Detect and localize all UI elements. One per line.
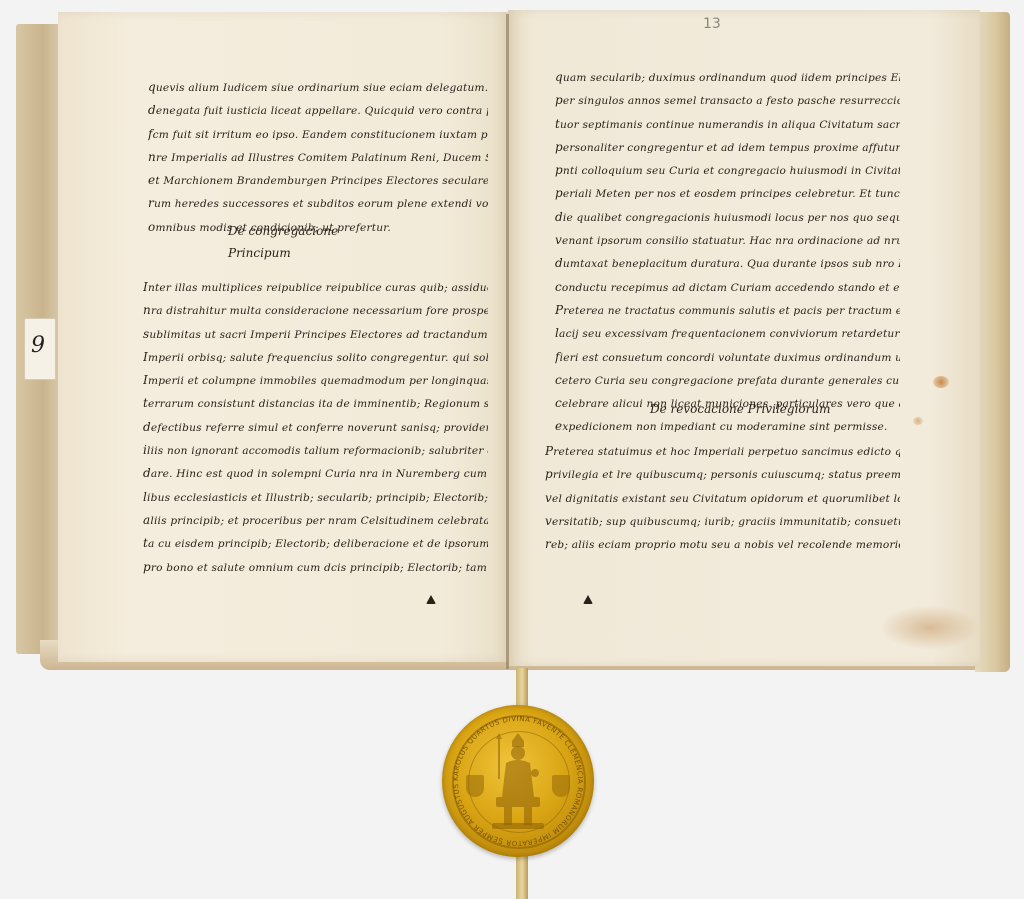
stain-mark	[933, 376, 949, 388]
text-line: Preterea statuimus et hoc Imperiali perp…	[545, 440, 900, 463]
text-line: quevis alium Iudicem siue ordinarium siu…	[148, 76, 488, 99]
heraldic-shield-icon	[466, 775, 484, 797]
gold-bulla-seal: KAROLUS QUARTUS DIVINA FAVENTE CLEMENCIA…	[442, 705, 594, 857]
text-line: Imperii orbisq; salute frequencius solit…	[143, 346, 488, 369]
text-line: rum heredes successores et subditos eoru…	[148, 192, 488, 215]
text-line: Preterea ne tractatus communis salutis e…	[555, 299, 900, 322]
text-line: periali Meten per nos et eosdem principe…	[555, 182, 900, 205]
text-line: pnti colloquium seu Curia et congregacio…	[555, 159, 900, 182]
text-line: quam secularib; duximus ordinandum quod …	[555, 66, 900, 89]
text-line: tuor septimanis continue numerandis in a…	[555, 113, 900, 136]
text-line: aliis principib; et proceribus per nram …	[143, 509, 488, 532]
text-line: venant ipsorum consilio statuatur. Hac n…	[555, 229, 900, 252]
text-line: privilegia et lre quibuscumq; personis c…	[545, 463, 900, 486]
left-heading-line-2: Principum	[228, 246, 291, 260]
text-line: fcm fuit sit irritum eo ipso. Eandem con…	[148, 123, 488, 146]
text-line: fieri est consuetum concordi voluntate d…	[555, 346, 900, 369]
text-line: defectibus referre simul et conferre nov…	[143, 416, 488, 439]
text-line: vel dignitatis existant seu Civitatum op…	[545, 487, 900, 510]
text-line: et Marchionem Brandemburgen Principes El…	[148, 169, 488, 192]
text-line: per singulos annos semel transacto a fes…	[555, 89, 900, 112]
folio-tab: 9	[24, 318, 56, 380]
text-line: reb; aliis eciam proprio motu seu a nobi…	[545, 533, 900, 556]
text-line: dare. Hinc est quod in solempni Curia nr…	[143, 462, 488, 485]
text-line: nre Imperialis ad Illustres Comitem Pala…	[148, 146, 488, 169]
text-line: die qualibet congregacionis huiusmodi lo…	[555, 206, 900, 229]
left-paragraph-1: quevis alium Iudicem siue ordinarium siu…	[148, 76, 488, 239]
text-line: conductu recepimus ad dictam Curiam acce…	[555, 276, 900, 299]
manuscript-photo: 9 13 quevis alium Iudicem siue ordinariu…	[0, 0, 1024, 899]
text-line: dumtaxat beneplacitum duratura. Qua dura…	[555, 252, 900, 275]
text-line: denegata fuit iusticia liceat appellare.…	[148, 99, 488, 122]
text-line: ta cu eisdem principib; Electorib; delib…	[143, 532, 488, 555]
text-line: terrarum consistunt distancias ita de im…	[143, 392, 488, 415]
text-line: lacij seu excessivam frequentacionem con…	[555, 322, 900, 345]
text-line: libus ecclesiasticis et Illustrib; secul…	[143, 486, 488, 509]
folio-number: 9	[31, 333, 45, 358]
text-line: personaliter congregentur et ad idem tem…	[555, 136, 900, 159]
text-line: nra distrahitur multa consideracione nec…	[143, 299, 488, 322]
enthroned-emperor-icon	[488, 733, 548, 833]
left-heading-line-1: De congregacione	[228, 224, 338, 238]
left-paragraph-2: Inter illas multiplices reipublice reipu…	[143, 276, 488, 579]
text-line: expedicionem non impediant cu moderamine…	[555, 415, 900, 438]
page-number: 13	[703, 16, 721, 32]
right-paragraph-1: quam secularib; duximus ordinandum quod …	[555, 66, 900, 439]
text-line: sublimitas ut sacri Imperii Principes El…	[143, 323, 488, 346]
text-line: versitatib; sup quibuscumq; iurib; graci…	[545, 510, 900, 533]
text-line: cetero Curia seu congregacione prefata d…	[555, 369, 900, 392]
text-line: Inter illas multiplices reipublice reipu…	[143, 276, 488, 299]
right-heading: De revocacione Privilegiorum	[650, 402, 830, 416]
text-line: Imperii et columpne immobiles quemadmodu…	[143, 369, 488, 392]
text-line: iliis non ignorant accomodis talium refo…	[143, 439, 488, 462]
right-paragraph-2: Preterea statuimus et hoc Imperiali perp…	[545, 440, 900, 556]
heraldic-shield-icon	[552, 775, 570, 797]
book-gutter	[506, 14, 509, 669]
text-line: pro bono et salute omnium cum dcis princ…	[143, 556, 488, 579]
right-page-stack	[975, 12, 1010, 672]
water-damage	[880, 605, 980, 650]
stain-mark	[913, 417, 923, 425]
